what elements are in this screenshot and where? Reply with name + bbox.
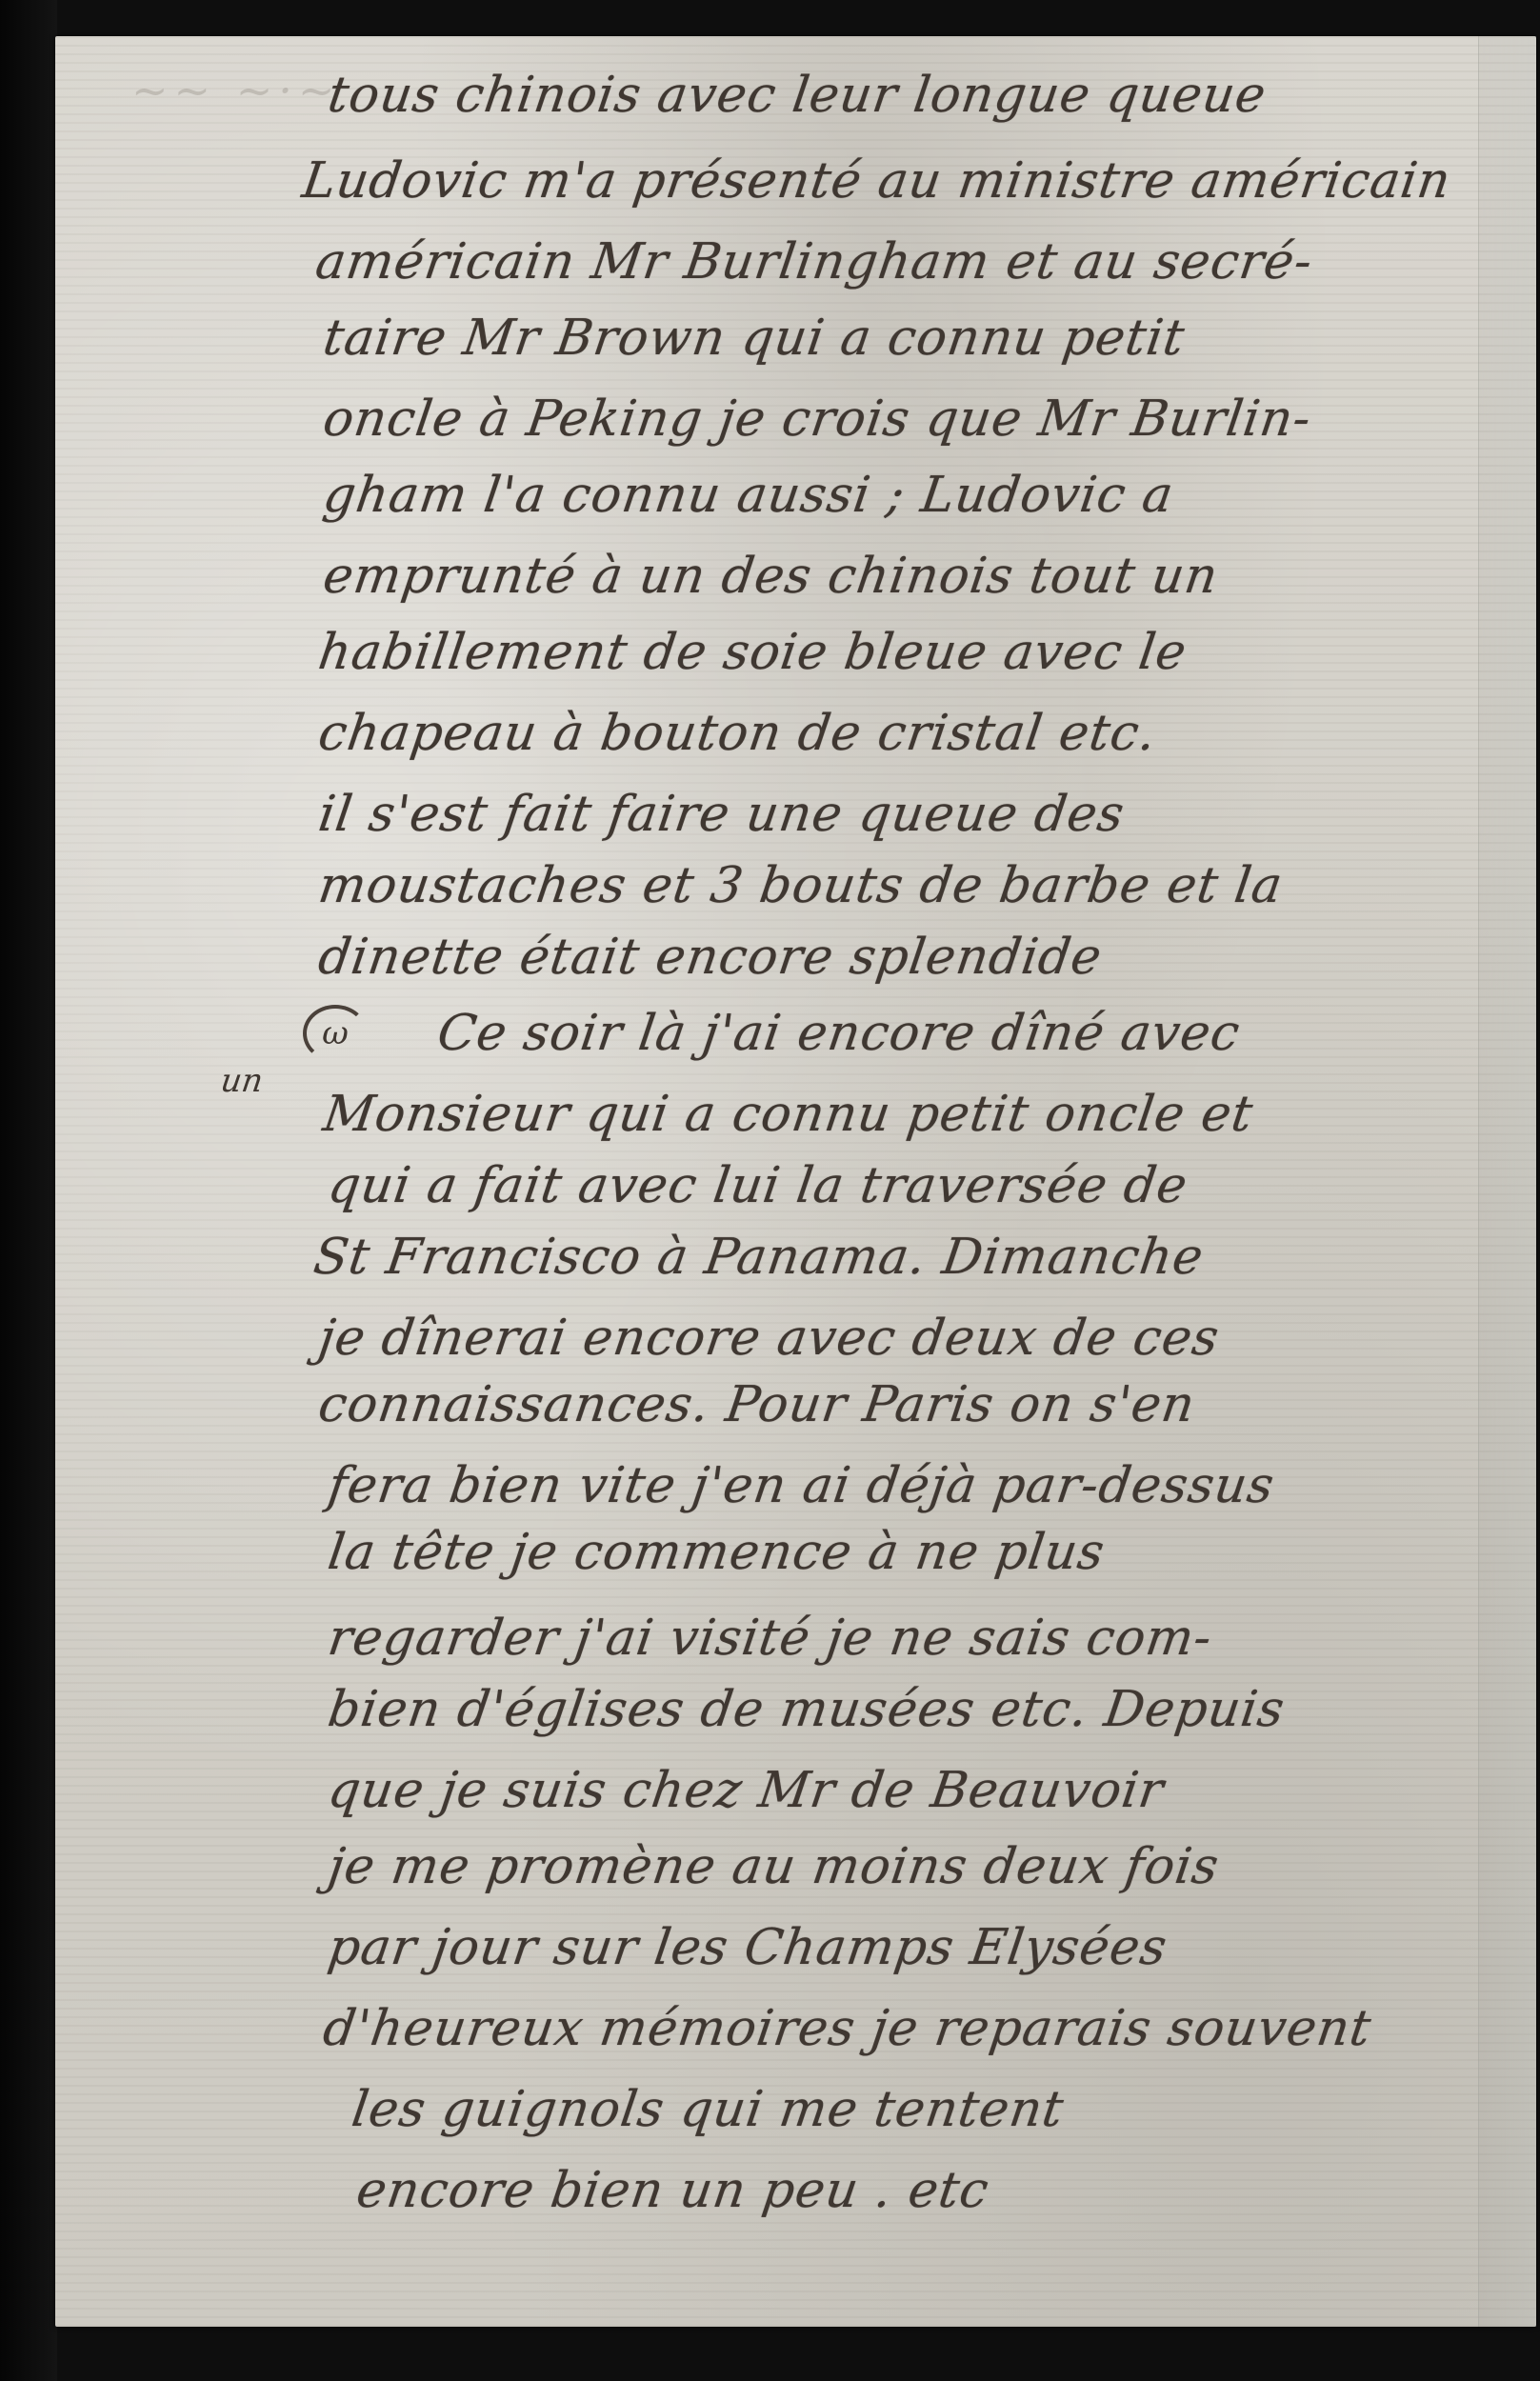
- text-line: je me promène au moins deux fois: [325, 1838, 1494, 1895]
- text-line: les guignols qui me tentent: [349, 2081, 1518, 2138]
- text-line: d'heureux mémoires je reparais souvent: [320, 2000, 1490, 2057]
- text-line: connaissances. Pour Paris on s'en: [315, 1376, 1485, 1433]
- text-line: je dînerai encore avec deux de ces: [315, 1310, 1485, 1367]
- text-line: il s'est fait faire une queue des: [315, 786, 1485, 843]
- text-line: moustaches et 3 bouts de barbe et la: [315, 857, 1485, 914]
- text-line: regarder j'ai visité je ne sais com-: [325, 1610, 1494, 1667]
- text-line: taire Mr Brown qui a connu petit: [320, 310, 1490, 367]
- text-line: Ce soir là j'ai encore dîné avec: [434, 1005, 1490, 1062]
- text-line: oncle à Peking je crois que Mr Burlin-: [320, 390, 1490, 448]
- text-line: Ludovic m'a présenté au ministre américa…: [299, 152, 1469, 210]
- text-line: que je suis chez Mr de Beauvoir: [325, 1762, 1494, 1819]
- text-line: par jour sur les Champs Elysées: [325, 1919, 1494, 1976]
- margin-note: un: [218, 1062, 265, 1100]
- text-line: fera bien vite j'en ai déjà par-dessus: [325, 1457, 1494, 1514]
- text-line: St Francisco à Panama. Dimanche: [310, 1229, 1480, 1286]
- text-line: habillement de soie bleue avec le: [315, 624, 1485, 681]
- text-line: chapeau à bouton de cristal etc.: [315, 705, 1485, 762]
- text-line: encore bien un peu . etc: [353, 2162, 1523, 2219]
- circled-annotation-mark: ω: [303, 1005, 368, 1062]
- text-line: tous chinois avec leur longue queue: [325, 67, 1494, 124]
- handwritten-text-block: tous chinois avec leur longue queue Ludo…: [0, 0, 1540, 2381]
- text-line: américain Mr Burlingham et au secré-: [312, 233, 1482, 290]
- text-line: dinette était encore splendide: [315, 929, 1485, 986]
- text-line: Monsieur qui a connu petit oncle et: [320, 1086, 1490, 1143]
- text-line: emprunté à un des chinois tout un: [320, 548, 1490, 605]
- text-line: gham l'a connu aussi ; Ludovic a: [320, 467, 1490, 524]
- text-line: bien d'églises de musées etc. Depuis: [325, 1681, 1494, 1738]
- text-line: la tête je commence à ne plus: [325, 1524, 1494, 1581]
- text-line: qui a fait avec lui la traversée de: [325, 1157, 1494, 1214]
